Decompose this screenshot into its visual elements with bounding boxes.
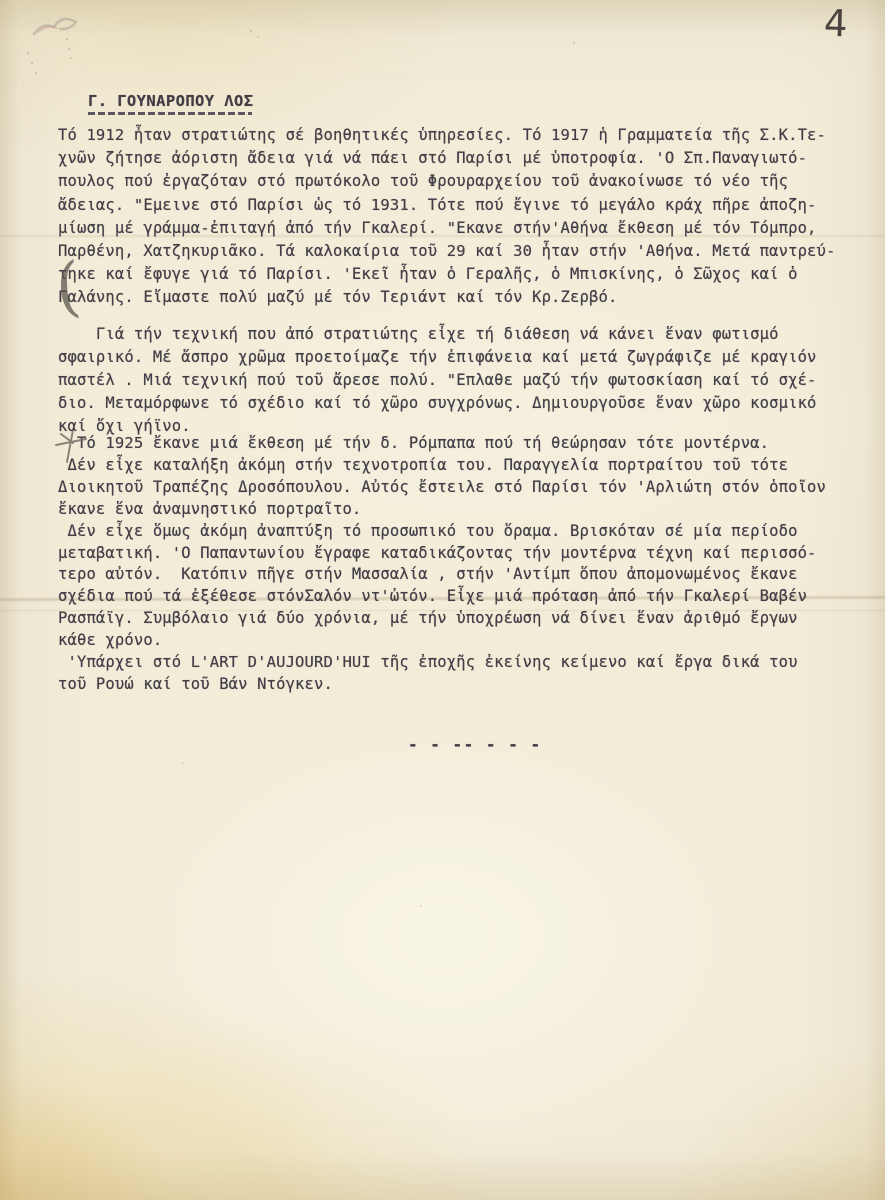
- text-line: ἔκανε ἕνα ἀναμνηστικό πορτραῖτο.: [58, 499, 826, 521]
- scanned-typescript-page: 4 Γ. ΓΟΥΝΑΡΟΠΟΥ ΛΟΣ Τό 1912 ἦταν στρατιώ…: [0, 0, 885, 1200]
- text-line: Διοικητοῦ Τραπέζης Δροσόπουλου. Αὐτός ἔσ…: [58, 477, 826, 499]
- text-line: Παρθένη, Χατζηκυριᾶκο. Τά καλοκαίρια τοῦ…: [58, 240, 836, 263]
- ink-specks: [0, 0, 2, 2]
- text-line: τοῦ Ρουώ καί τοῦ Βάν Ντόγκεν.: [58, 674, 826, 696]
- paragraph-1: Τό 1912 ἦταν στρατιώτης σέ βοηθητικές ὑπ…: [58, 124, 836, 310]
- text-line: χνῶν ζήτησε ἀόριστη ἄδεια γιά νά πάει στ…: [58, 147, 836, 170]
- text-line: διο. Μεταμόρφωνε τό σχέδιο καί τό χῶρο σ…: [58, 392, 817, 415]
- page-title: Γ. ΓΟΥΝΑΡΟΠΟΥ ΛΟΣ: [88, 92, 253, 110]
- text-line: κάθε χρόνο.: [58, 630, 826, 652]
- text-line: μίωση μέ γράμμα-ἐπιταγή ἀπό τήν Γκαλερί.…: [58, 217, 836, 240]
- text-line: Δέν εἶχε ὅμως ἀκόμη ἀναπτύξη τό προσωπικ…: [58, 521, 826, 543]
- text-line: 'Υπάρχει στό L'ART D'AUJOURD'HUI τῆς ἐπο…: [58, 652, 826, 674]
- title-underline: [88, 112, 252, 115]
- text-line: Γαλάνης. Εἴμαστε πολύ μαζύ μέ τόν Τεριάν…: [58, 286, 836, 309]
- text-line: σφαιρικό. Μέ ἄσπρο χρῶμα προετοίμαζε τήν…: [58, 346, 817, 369]
- text-line: σχέδια πού τά ἐξέθεσε στόνΣαλόν ντ'ὠτόν.…: [58, 586, 826, 608]
- paragraph-2: Γιά τήν τεχνική που ἀπό στρατιώτης εἶχε …: [58, 323, 817, 438]
- staple-scribble-icon: [26, 6, 90, 54]
- text-line: Γιά τήν τεχνική που ἀπό στρατιώτης εἶχε …: [58, 323, 817, 346]
- paragraphs-3-6: Τό 1925 ἔκανε μιά ἔκθεση μέ τήν δ. Ρόμπα…: [58, 433, 826, 696]
- text-line: Ρασπάϊγ. Συμβόλαιο γιά δύο χρόνια, μέ τή…: [58, 608, 826, 630]
- text-line: παστέλ . Μιά τεχνική πού τοῦ ἄρεσε πολύ.…: [58, 369, 817, 392]
- text-line: Τό 1912 ἦταν στρατιώτης σέ βοηθητικές ὑπ…: [58, 124, 836, 147]
- text-line: Δέν εἶχε καταλήξη ἀκόμη στήν τεχνοτροπία…: [58, 455, 826, 477]
- text-line: Τό 1925 ἔκανε μιά ἔκθεση μέ τήν δ. Ρόμπα…: [58, 433, 826, 455]
- text-line: ἄδειας. "Εμεινε στό Παρίσι ὡς τό 1931. Τ…: [58, 194, 836, 217]
- pencil-cross-mark-icon: [52, 426, 90, 468]
- text-line: μεταβατική. 'Ο Παπαντωνίου ἔγραφε καταδι…: [58, 543, 826, 565]
- text-line: τερο αὐτόν. Κατόπιν πῆγε στήν Μασσαλία ,…: [58, 564, 826, 586]
- text-line: πουλος πού ἐργαζόταν στό πρωτόκολο τοῦ Φ…: [58, 170, 836, 193]
- text-line: τηκε καί ἔφυγε γιά τό Παρίσι. 'Εκεῖ ἦταν…: [58, 263, 836, 286]
- page-number: 4: [823, 2, 848, 46]
- end-separator: - - -- - - -: [408, 735, 542, 754]
